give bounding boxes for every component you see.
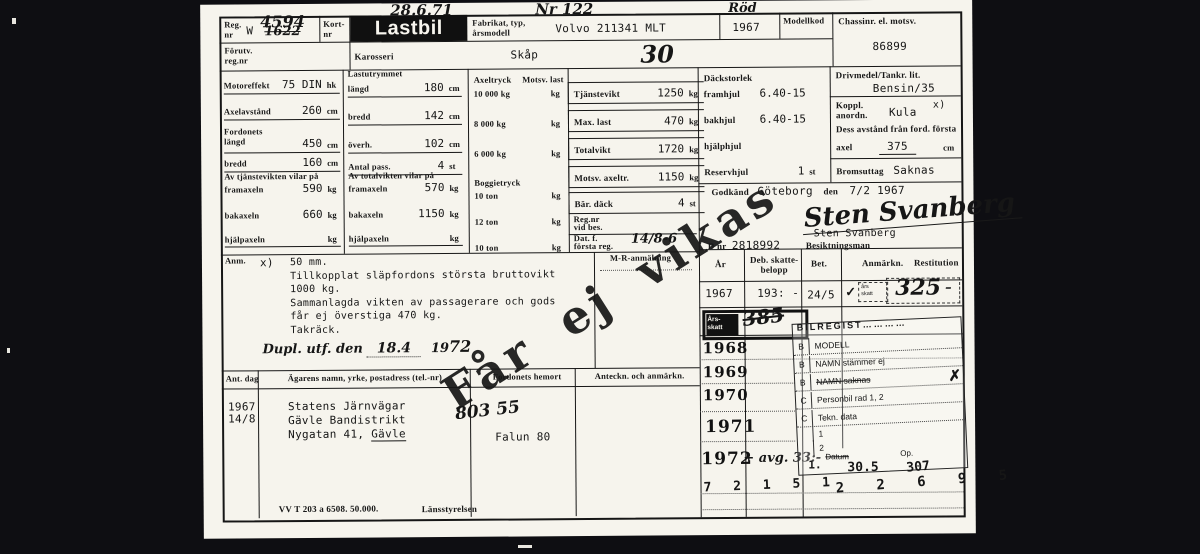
koppl-label-line2: anordn. [836,110,868,120]
reg-nr-label: Reg. nr [224,20,241,40]
year-1970: 1970 [703,386,749,404]
row-code: B [795,374,812,391]
reg-label-line2: nr [224,29,233,39]
bilregister-stamp: BILREGIST………… B MODELL B NAMN stämmer ej… [792,316,969,476]
form-code: VV T 203 a 6508. 50.000. [279,503,379,514]
service-weight-header: Av tjänstevikten vilar på [224,172,318,182]
field-value: 570 [425,181,445,194]
forutv-label: Förutv. reg.nr [224,46,252,66]
fabrikat-label-line1: Fabrikat, typ, [472,17,525,27]
field-unit: kg [327,184,340,194]
field-unit: cm [449,111,462,121]
load-space-header: Lastutrymmet [348,69,403,79]
owner-col-anteckn-header: Anteckn. och anmärkn. [595,371,685,381]
chassi-value: 86899 [872,40,907,53]
field-bar-dack: Bär. däck 4 st [568,191,704,214]
entry-date-day: 14/8 [228,412,256,425]
field-value: 4 [678,196,685,209]
cell-divider [719,13,720,39]
boggie-row-16: 10 ton kg [475,242,565,253]
row-code [798,440,815,457]
field-value: 75 DIN [282,78,322,91]
field-bakaxeln-total: bakaxeln 1150 kg [349,207,463,221]
field-value: 590 [303,182,323,195]
restitution-handwritten: 325 [895,275,941,301]
deb-label-line1: Deb. skatte- [750,255,798,265]
field-label: Tjänstevikt [574,89,620,99]
field-unit: kg [551,190,564,200]
field-unit: kg [689,116,702,126]
field-unit: kg [689,88,702,98]
field-fordonets-langd: Fordonets längd 450 cm [224,126,340,154]
approval-date: 7/2 1967 [849,184,904,197]
owner-col-date-header: Ant. dag [226,374,259,384]
color-note-handwritten: Röd [728,1,757,16]
total-weight-header: Av totalvikten vilar på [348,171,434,181]
avstand-value: 375 [879,140,916,155]
field-hjalpaxeln-total: hjälpaxeln kg [349,233,463,247]
modellkod-label: Modellkod [783,16,824,26]
field-unit: kg [450,233,463,243]
row-text: NAMN stämmer ej [810,356,885,369]
field-unit: kg [551,118,564,128]
fabrikat-label: Fabrikat, typ, årsmodell [472,18,525,38]
axle-row-8000: 8 000 kg kg [474,118,564,129]
row-text: MODELL [809,339,849,351]
karosseri-value: Skåp [510,48,538,61]
kort-label-line2: nr [323,29,332,39]
koppl-label: Koppl. anordn. [836,100,868,121]
drivmedel-label: Drivmedel/Tankr. lit. [836,70,921,81]
row-text: 1 [813,429,823,439]
boggie-header: Boggietryck [474,178,520,188]
city-underlined: Gävle [371,427,406,441]
field-unit: cm [327,158,340,168]
tax-1967-amount: 193: [757,287,785,300]
koppl-label-line1: Koppl. [836,100,864,110]
stamp-label-line1: Års- [707,316,720,323]
field-label: Fordonets längd [224,126,276,146]
field-value: 470 [664,114,684,127]
vehicle-type-box: Lastbil [350,15,467,42]
field-unit: cm [449,139,462,149]
owner-line2: Gävle Bandistrikt [288,413,406,427]
tax-1967-paid: 24/5 [807,288,835,301]
field-unit: kg [689,144,702,154]
ars-skatt-mini-stamp: års skatt [858,282,888,302]
field-axelavstand: Axelavstånd 260 cm [224,104,340,121]
field-unit: kg [328,234,341,244]
field-unit: kg [449,183,462,193]
field-value: 260 [302,104,322,117]
field-bakaxeln-tjanst: bakaxeln 660 kg [225,208,341,222]
row-text: NAMN saknas [811,374,871,387]
field-tjanstevikt: Tjänstevikt 1250 kg [568,81,704,104]
row-code: C [796,392,813,409]
tire-size-header: Däckstorlek [704,73,753,84]
reg-prefix: W [246,24,253,37]
field-unit: kg [689,172,702,182]
field-unit: kg [551,148,564,158]
avstand-label-axel: axel [836,142,852,152]
field-last-overh: överh. 102 cm [348,137,462,154]
row-text: 2 [814,443,824,453]
axle-pressure-header: Axeltryck Motsv. last [474,74,564,85]
field-label: 6 000 kg [474,149,506,159]
scan-speck [518,545,532,548]
field-label: Totalvikt [574,145,611,155]
field-bredd: bredd 160 cm [224,156,340,173]
scan-speck [7,348,10,353]
op-label: Op. [900,449,913,458]
street-text: Nygatan 41, [288,428,364,442]
field-unit: cm [327,140,340,150]
cell-divider [319,16,320,42]
tax-col-bet: Bet. [811,258,827,268]
axle-row-6000: 6 000 kg kg [474,148,564,159]
field-label: Max. last [574,117,611,127]
restitution-dash: – [945,280,952,295]
field-label: Motoreffekt [224,80,270,90]
stamp-value-305: 30.5 [847,460,878,475]
tax-col-deb: Deb. skatte- belopp [750,255,799,276]
field-label: Bär. däck [575,199,614,209]
row-code: B [794,356,811,373]
field-label: 10 ton [475,243,499,253]
motsv-last-label: Motsv. last [522,74,563,84]
field-motoreffekt: Motoreffekt 75 DIN hk [224,78,340,95]
field-label: framhjul [704,89,740,99]
ars-skatt-stamp-label: Års- skatt [706,314,738,336]
tax-1967-amount-dash: - [792,287,799,300]
stamp-value-1: 1. [808,458,821,471]
field-label: hjälphjul [704,141,741,151]
axeltryck-label: Axeltryck [474,75,512,85]
owner-street: Nygatan 41, Gävle [288,427,406,441]
mini-stamp-line2: skatt [861,291,873,297]
dupl-label: Dupl. utf. den [263,342,363,358]
restitution-box: 325 – [886,277,960,304]
avstand-label: Dess avstånd från ford. första [836,123,960,134]
inspector-name-typed: Sten Svanberg [814,228,896,240]
kort-nr-label: Kort- nr [323,20,344,40]
avstand-unit: cm [943,143,954,153]
year-1971: 1971 [705,417,756,437]
dupl-year-print: 19 [431,341,449,356]
row-code: B [793,338,810,355]
field-label: längd [348,84,369,94]
field-last-langd: längd 180 cm [348,81,462,98]
field-value: 160 [302,156,322,169]
field-value: 660 [303,208,323,221]
field-framaxeln-total: framaxeln 570 kg [348,181,462,195]
datum-label-crossed: Datum [825,452,849,461]
field-value: 6.40-15 [759,86,805,99]
anm-line: Sammanlagda vikten av passagerare och go… [290,295,556,310]
field-unit: kg [450,209,463,219]
field-value: 142 [424,109,444,122]
field-label: Reservhjul [704,167,748,177]
tax-col-rest: Restitution [914,257,959,268]
anm-line: Tillkopplat släpfordons största bruttovi… [290,268,556,283]
kort-label-line1: Kort- [323,19,344,29]
row-text: Personbil rad 1, 2 [812,392,884,405]
x-mark-icon: ✗ [948,366,961,385]
drivmedel-value: Bensin/35 [873,82,935,95]
fabrikat-value: Volvo 211341 MLT [555,21,666,35]
field-framhjul: framhjul 6.40-15 [704,86,822,100]
cell-divider [779,13,780,39]
field-value: 6.40-15 [760,112,806,125]
field-value: 450 [302,137,322,150]
tax-col-ar: År [715,259,726,269]
field-unit: cm [327,106,340,116]
field-label: hjälpaxeln [349,233,389,243]
field-framaxeln-tjanst: framaxeln 590 kg [224,182,340,196]
year-1968: 1968 [702,339,748,357]
axle-row-10000: 10 000 kg kg [474,88,564,99]
row-code: C [796,410,813,427]
forutv-label-line1: Förutv. [224,45,252,55]
hemort-value: Falun 80 [495,430,550,443]
forutv-label-line2: reg.nr [224,55,248,65]
chassi-label: Chassinr. el. motsv. [838,16,916,27]
field-value: 180 [424,81,444,94]
field-motsv-axeltr: Motsv. axeltr. 1150 kg [568,165,704,188]
tax-col-anm: Anmärkn. [862,258,903,269]
tax-1967-year: 1967 [705,287,733,300]
anm-label: Anm. [225,256,246,266]
check-icon: ✓ [845,284,856,300]
field-label: bredd [348,112,371,122]
field-label: Motsv. axeltr. [574,173,629,183]
dupl-date-handwritten: 18.4 [367,340,421,357]
reg-number-crossed-out: 1622 [264,24,300,39]
handwritten-30: 30 [640,39,674,68]
field-label: bakaxeln [349,209,384,219]
field-label: Axelavstånd [224,106,271,116]
field-unit: kg [551,88,564,98]
row-text: Tekn. data [813,411,858,423]
issuer-label: Länsstyrelsen [422,504,478,515]
field-bakhjul: bakhjul 6.40-15 [704,112,822,126]
field-label: hjälpaxeln [225,234,265,244]
owner-col-hemort-header: Fordonets hemort [493,372,562,382]
reg-label-line1: Reg. [224,19,241,29]
field-label: 12 ton [475,217,499,227]
scanned-registration-document: { "top": {"hand_date": "28.6.71", "hand_… [0,0,1200,554]
field-unit: st [449,161,462,171]
field-last-bredd: bredd 142 cm [348,109,462,126]
field-unit: hk [327,80,340,90]
field-hjalphjul: hjälphjul [704,140,822,151]
field-label: framaxeln [224,184,263,194]
field-unit: cm [449,83,462,93]
mini-stamp-line1: års [861,284,869,290]
scan-speck [12,18,16,24]
registration-card: 28.6.71 Nr 122 Reg. nr W 4594 1622 Kort-… [200,0,976,539]
field-value: 4 [438,159,445,172]
handwritten-385-crossed: 385 [741,303,785,332]
field-label: bakhjul [704,115,735,125]
field-unit: st [809,166,822,176]
field-label: 10 ton [474,191,498,201]
den-label: den [823,186,838,196]
field-max-last: Max. last 470 kg [568,109,704,132]
field-label-line2: första reg. [574,242,613,252]
field-value: 1150 [658,170,685,183]
field-label: 8 000 kg [474,119,506,129]
duplicate-issued-line: Dupl. utf. den 18.4 1972 [262,337,471,358]
boggie-row-12: 12 ton kg [475,216,565,227]
field-label: bredd [224,158,247,168]
bromsuttag-label: Bromsuttag [836,166,883,177]
fabrikat-label-line2: årsmodell [472,27,510,37]
field-label: bakaxeln [225,210,260,220]
field-hjalpaxeln-tjanst: hjälpaxeln kg [225,234,341,248]
model-year: 1967 [732,21,760,34]
koppl-value: Kula [889,106,917,119]
stamp-label-line2: skatt [707,324,722,331]
deb-label-line2: belopp [761,265,788,275]
year-1969: 1969 [703,363,749,381]
boggie-row-10: 10 ton kg [474,190,564,201]
field-totalvikt: Totalvikt 1720 kg [568,137,704,160]
field-value: 102 [424,137,444,150]
karosseri-label: Karosseri [354,51,393,62]
field-unit: kg [552,216,565,226]
field-unit: kg [328,210,341,220]
anm-footnote-mark: x) [260,256,274,269]
bromsuttag-value: Saknas [893,164,935,177]
field-label-line2: vid bes. [574,223,603,233]
koppl-footnote: x) [933,100,946,111]
owner-col-owner-header: Ägarens namn, yrke, postadress (tel.-nr) [288,373,442,384]
owner-name: Statens Järnvägar [288,399,406,413]
field-label: framaxeln [348,183,387,193]
field-value: 1 [798,164,805,177]
field-unit: kg [552,242,565,252]
field-label: överh. [348,140,372,150]
field-value: 1150 [418,207,445,220]
field-label: 10 000 kg [474,89,510,99]
field-value: 1250 [657,86,684,99]
field-value: 1720 [658,142,685,155]
